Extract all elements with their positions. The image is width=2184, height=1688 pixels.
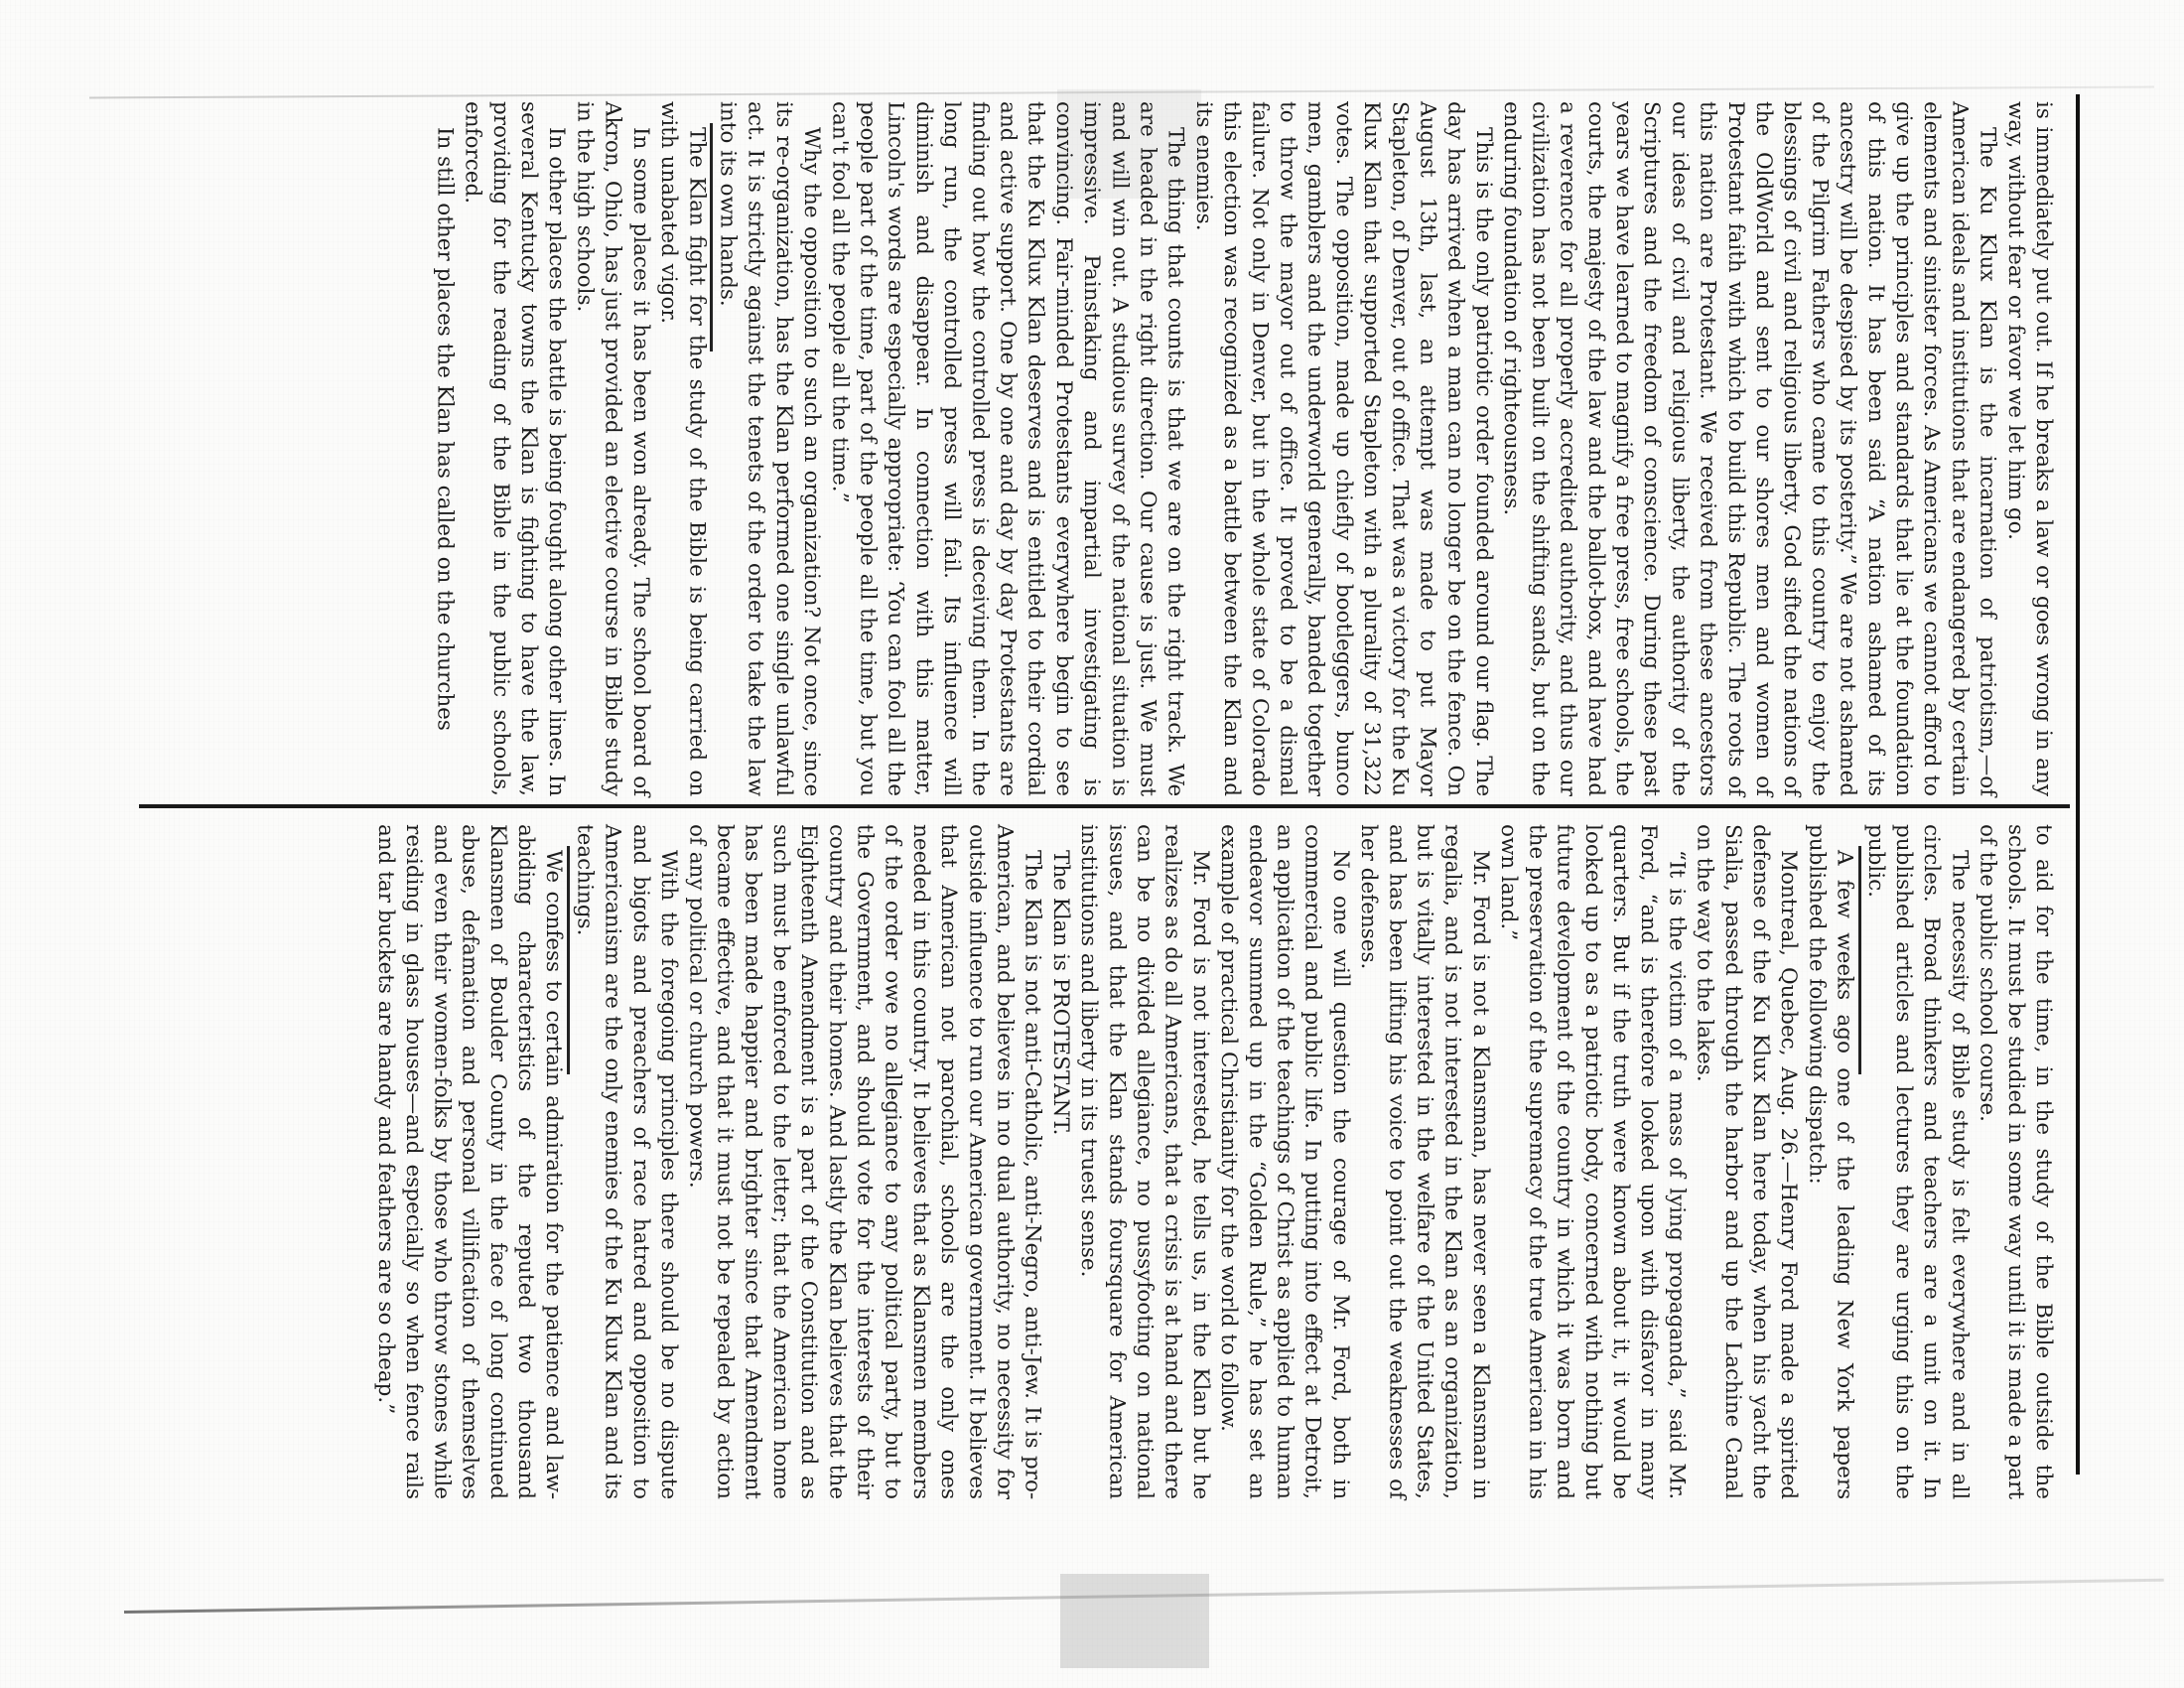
- fold-shadow-bottom: [1060, 1574, 1209, 1668]
- paragraph-ford-quote: “It is the victim of a mass of lying pro…: [1494, 824, 1690, 1499]
- paragraph-ford-courage: No one will question the courage of Mr. …: [1214, 824, 1354, 1499]
- paragraph-foregoing-principles: With the foregoing principles there shou…: [570, 824, 682, 1499]
- paragraph-necessity: The necessity of Bible study is felt eve…: [1861, 824, 1974, 1499]
- paragraph-aid-for-time: to aid for the time, in the study of the…: [1973, 824, 2057, 1499]
- paragraph-opposition: Why the opposition to such an organizati…: [713, 101, 825, 796]
- paragraph-right-track: The thing that counts is that we are on …: [825, 101, 1189, 796]
- paragraph-kentucky: In other places the battle is being foug…: [458, 101, 570, 796]
- paragraph-klan-principles: The Klan is not anti-Catholic, anti-Negr…: [682, 824, 1046, 1499]
- column-divider: [139, 804, 2070, 808]
- lower-column-text: to aid for the time, in the study of the…: [121, 824, 2057, 1499]
- paragraph-denver-election: This is the only patriotic order founded…: [1189, 101, 1497, 796]
- paragraph-ford-not-klansman: Mr. Ford is not a Klansman, has never se…: [1354, 824, 1494, 1499]
- column-rule-right: [2076, 94, 2080, 1475]
- paragraph-churches: In still other places the Klan has calle…: [430, 101, 458, 796]
- paragraph-akron: In some places it has been won already. …: [570, 101, 654, 796]
- paragraph-boulder-county: We confess to certain admiration for the…: [371, 824, 567, 1499]
- paragraph: is immediately put out. If he breaks a l…: [2001, 101, 2057, 796]
- paragraph-montreal-dispatch: Montreal, Quebec, Aug. 26.—Henry Ford ma…: [1690, 824, 1802, 1499]
- paragraph-bible-study: The Klan fight for the study of the Bibl…: [654, 101, 710, 796]
- paragraph-klan-protestant: The Klan is PROTESTANT.: [1046, 824, 1074, 1499]
- paragraph-ford-crisis: Mr. Ford is not interested, he tells us,…: [1074, 824, 1214, 1499]
- paragraph-klan-incarnation: The Ku Klux Klan is the incarnation of p…: [1497, 101, 2001, 796]
- upper-column-text: is immediately put out. If he breaks a l…: [121, 101, 2057, 796]
- paragraph-new-york-papers: A few weeks ago one of the leading New Y…: [1802, 824, 1857, 1499]
